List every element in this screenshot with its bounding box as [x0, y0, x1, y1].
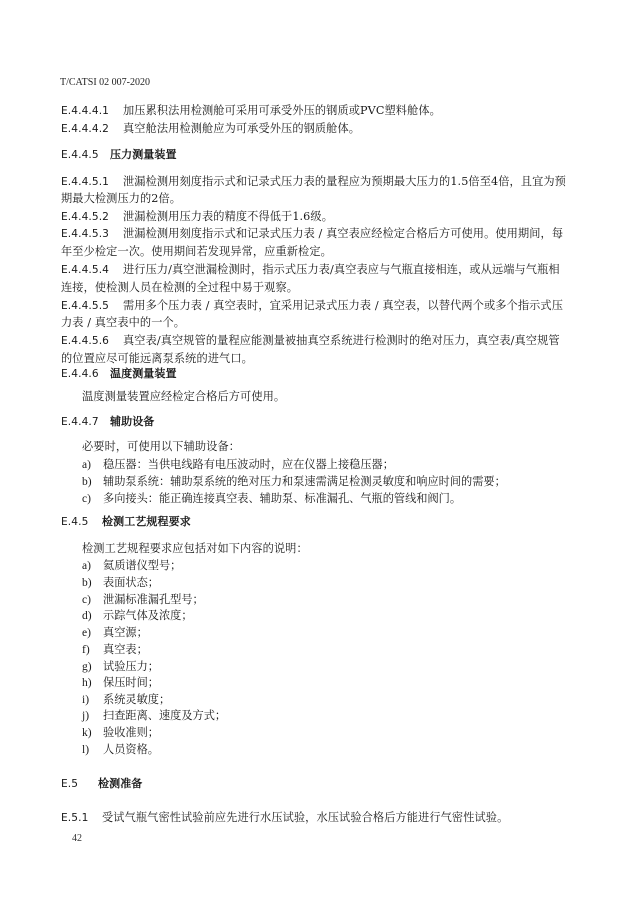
list-item: a)氦质谱仪型号；: [82, 558, 181, 574]
list-item: h)保压时间；: [82, 675, 159, 691]
list-item-text: 试验压力；: [103, 660, 159, 673]
section-heading-e45: E.4.5检测工艺规程要求: [61, 514, 191, 530]
clause-e4451: E.4.4.5.1泄漏检测用刻度指示式和记录式压力表的量程应为预期最大压力的1.…: [61, 174, 566, 190]
section-title: 压力测量装置: [110, 148, 177, 161]
section-heading-e446: E.4.4.6温度测量装置: [61, 366, 177, 382]
list-item: a)稳压器：当供电线路有电压波动时，应在仪器上接稳压器；: [82, 457, 394, 473]
clause-e4453-continuation: 年至少检定一次。使用期间若发现异常，应重新检定。: [61, 244, 332, 260]
clause-number: E.4.4.4.1: [61, 103, 123, 119]
list-item: b)辅助泵系统：辅助泵系统的绝对压力和泵速需满足检测灵敏度和响应时间的需要；: [82, 474, 506, 490]
page-number: 42: [72, 833, 82, 844]
list-item-text: 验收准则；: [103, 726, 159, 739]
clause-number: E.4.4.5.2: [61, 209, 123, 225]
clause-text: 泄漏检测用刻度指示式和记录式压力表的量程应为预期最大压力的1.5倍至4倍，且宜为…: [123, 175, 566, 188]
clause-text: 真空表/真空规管的量程应能测量被抽真空系统进行检测时的绝对压力，真空表/真空规管: [123, 334, 560, 347]
clause-e4453: E.4.4.5.3泄漏检测用刻度指示式和记录式压力表 / 真空表应经检定合格后方…: [61, 226, 563, 242]
clause-number: E.4.4.5.5: [61, 298, 123, 314]
list-item-text: 保压时间；: [103, 676, 159, 689]
list-item-text: 真空表；: [103, 643, 148, 656]
list-item-text: 多向接头：能正确连接真空表、辅助泵、标准漏孔、气瓶的管线和阀门。: [103, 492, 461, 505]
clause-e4455-continuation: 力表 / 真空表中的一个。: [61, 315, 185, 331]
clause-number: E.4.4.5.4: [61, 262, 123, 278]
section-intro-e447: 必要时，可使用以下辅助设备：: [82, 439, 240, 455]
list-item: j)扫查距离、速度及方式；: [82, 708, 226, 724]
section-number: E.5: [61, 776, 98, 792]
section-title: 检测准备: [98, 777, 142, 790]
clause-e4454: E.4.4.5.4进行压力/真空泄漏检测时，指示式压力表/真空表应与气瓶直接相连…: [61, 262, 560, 278]
section-body-e446: 温度测量装置应经检定合格后方可使用。: [82, 389, 285, 405]
list-item-label: b): [82, 474, 103, 490]
section-heading-e445: E.4.4.5压力测量装置: [61, 147, 177, 163]
clause-number: E.4.4.5.1: [61, 174, 123, 190]
list-item-label: a): [82, 457, 103, 473]
list-item-label: k): [82, 725, 103, 741]
list-item-label: e): [82, 625, 103, 641]
clause-e4441: E.4.4.4.1加压累积法用检测舱可采用可承受外压的钢质或PVC塑料舱体。: [61, 103, 441, 119]
section-number: E.4.4.7: [61, 414, 110, 430]
clause-e4454-continuation: 连接，使检测人员在检测的全过程中易于观察。: [61, 280, 298, 296]
list-item: l)人员资格。: [82, 742, 159, 758]
section-title: 检测工艺规程要求: [102, 515, 191, 528]
list-item: d)示踪气体及浓度；: [82, 608, 193, 624]
list-item-text: 稳压器：当供电线路有电压波动时，应在仪器上接稳压器；: [103, 458, 394, 471]
list-item: c)泄漏标准漏孔型号；: [82, 592, 204, 608]
list-item: e)真空源；: [82, 625, 148, 641]
clause-text: 加压累积法用检测舱可采用可承受外压的钢质或PVC塑料舱体。: [123, 104, 441, 117]
section-title: 温度测量装置: [110, 367, 177, 380]
list-item-label: d): [82, 608, 103, 624]
clause-text: 真空舱法用检测舱应为可承受外压的钢质舱体。: [123, 122, 360, 135]
list-item-label: l): [82, 742, 103, 758]
list-item: g)试验压力；: [82, 659, 159, 675]
clause-e4442: E.4.4.4.2真空舱法用检测舱应为可承受外压的钢质舱体。: [61, 121, 360, 137]
section-heading-e447: E.4.4.7辅助设备: [61, 414, 154, 430]
list-item: c)多向接头：能正确连接真空表、辅助泵、标准漏孔、气瓶的管线和阀门。: [82, 491, 461, 507]
list-item-text: 扫查距离、速度及方式；: [103, 709, 226, 722]
clause-number: E.5.1: [61, 810, 102, 826]
list-item-label: f): [82, 642, 103, 658]
list-item-label: c): [82, 592, 103, 608]
list-item-label: j): [82, 708, 103, 724]
list-item: f)真空表；: [82, 642, 148, 658]
list-item-label: b): [82, 575, 103, 591]
clause-number: E.4.4.4.2: [61, 121, 123, 137]
list-item-text: 人员资格。: [103, 743, 159, 756]
clause-number: E.4.4.5.6: [61, 333, 123, 349]
list-item-label: h): [82, 675, 103, 691]
section-intro-e45: 检测工艺规程要求应包括对如下内容的说明：: [82, 541, 308, 557]
clause-e4456-continuation: 的位置应尽可能远离泵系统的进气口。: [61, 351, 253, 367]
section-number: E.4.5: [61, 514, 102, 530]
list-item-label: i): [82, 692, 103, 708]
list-item: k)验收准则；: [82, 725, 159, 741]
list-item: b)表面状态；: [82, 575, 159, 591]
section-heading-e5: E.5检测准备: [61, 776, 142, 792]
list-item-text: 氦质谱仪型号；: [103, 559, 181, 572]
clause-text: 需用多个压力表 / 真空表时，宜采用记录式压力表 / 真空表，以替代两个或多个指…: [123, 299, 563, 312]
section-title: 辅助设备: [110, 415, 154, 428]
list-item-text: 辅助泵系统：辅助泵系统的绝对压力和泵速需满足检测灵敏度和响应时间的需要；: [103, 475, 506, 488]
clause-e4452: E.4.4.5.2泄漏检测用压力表的精度不得低于1.6级。: [61, 209, 333, 225]
list-item-text: 真空源；: [103, 626, 148, 639]
list-item-text: 泄漏标准漏孔型号；: [103, 593, 204, 606]
clause-text: 泄漏检测用刻度指示式和记录式压力表 / 真空表应经检定合格后方可使用。使用期间，…: [123, 227, 563, 240]
clause-e4455: E.4.4.5.5需用多个压力表 / 真空表时，宜采用记录式压力表 / 真空表，…: [61, 298, 563, 314]
clause-e4456: E.4.4.5.6真空表/真空规管的量程应能测量被抽真空系统进行检测时的绝对压力…: [61, 333, 560, 349]
list-item-label: a): [82, 558, 103, 574]
document-code: T/CATSI 02 007-2020: [60, 77, 150, 88]
list-item-label: g): [82, 659, 103, 675]
list-item-text: 系统灵敏度；: [103, 693, 170, 706]
clause-e4451-continuation: 期最大检测压力的2倍。: [61, 191, 181, 207]
list-item-label: c): [82, 491, 103, 507]
list-item-text: 示踪气体及浓度；: [103, 609, 193, 622]
clause-number: E.4.4.5.3: [61, 226, 123, 242]
list-item: i)系统灵敏度；: [82, 692, 170, 708]
clause-text: 进行压力/真空泄漏检测时，指示式压力表/真空表应与气瓶直接相连，或从远端与气瓶相: [123, 263, 560, 276]
clause-e51: E.5.1受试气瓶气密性试验前应先进行水压试验，水压试验合格后方能进行气密性试验…: [61, 810, 508, 826]
clause-text: 受试气瓶气密性试验前应先进行水压试验，水压试验合格后方能进行气密性试验。: [102, 811, 508, 824]
section-number: E.4.4.6: [61, 366, 110, 382]
section-number: E.4.4.5: [61, 147, 110, 163]
list-item-text: 表面状态；: [103, 576, 159, 589]
clause-text: 泄漏检测用压力表的精度不得低于1.6级。: [123, 210, 333, 223]
